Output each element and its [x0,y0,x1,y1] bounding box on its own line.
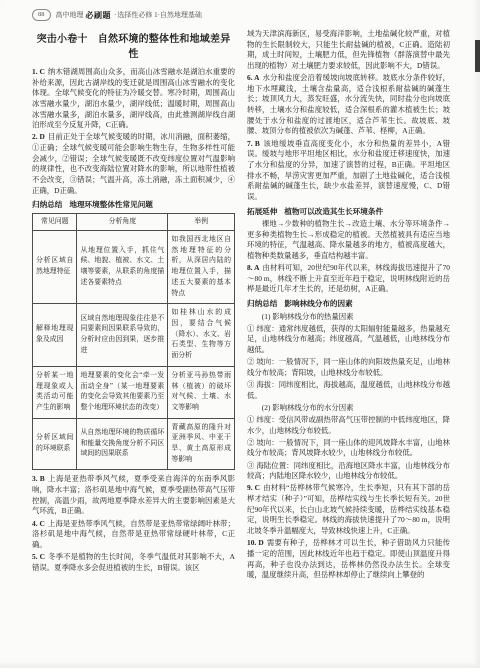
table-cell: 分析某一地理现象或人类活动可能产生的影响 [33,366,77,418]
answer-item-1: 1. C纳木错湖周围高山众多，而高山冰雪融水是湖泊水重要的补给来源，因此古湖岸线… [32,67,235,131]
summary-title-1: 地理环境整体性常见问题 [69,200,153,209]
table-cell: 如桂林山水的成因，要结合气候（降水）、水文、岩石类型、生物等方面分析 [168,304,235,367]
table-cell: 从自然地理环境的物质循环和能量交换角度分析不同区域间的因果联系 [77,418,168,470]
table-header-cell: 常见问题 [33,214,77,231]
brand-logo: 必刷题 [86,10,112,21]
answer-number-4: 4. C [32,519,45,528]
page-title: 突击小卷十 自然环境的整体性和地域差异性 [32,30,235,60]
table-cell: 解释地理现象及成因 [33,304,77,367]
answer-item-3: 3. B上海是亚热带季风气候，夏季受来自海洋的东南季风影响，降水丰富；洛杉矶是地… [32,474,235,517]
table-cell: 分析区域间的环境联系 [33,418,77,470]
answer-number-7: 7. B [247,139,260,148]
table-cell: 区域自然地理现象往往是不同要素间因果联系导致的，分析时应由因到果，逐步推进 [77,304,168,367]
header-subject: 高中地理 [56,10,84,20]
answer-text-3: 上海是亚热带季风气候，夏季受来自海洋的东南季风影响，降水丰富；洛杉矶是地中海气候… [32,474,235,515]
answer-number-9: 9. C [247,483,260,492]
heat-factors-subtitle: (1) 影响林线分布的热量因素 [247,312,450,323]
answer-text-4: 上海是亚热带季风气候，自然带是亚热带常绿阔叶林带；洛杉矶是地中海气候，自然带是亚… [32,519,235,549]
answer-text-9: 由材料“岳桦林带气候寒冷，生长季短，只有其下部的岳桦才结实（种子）”可知，岳桦结… [247,483,450,535]
answer-item-5-continuation: 域为天津滨海新区，易受海洋影响，土地盐碱化较严重，对植物的生长限制较大，只能生长… [247,29,450,72]
answer-number-1: 1. C [32,67,45,76]
heat-factor-aspect: ② 坡向：一般情况下，同一座山体的向阳坡热量充足，山地林线分布较高；背阳坡，山地… [247,357,450,378]
answer-text-5: 冬季不是植物的生长时间，冬季气温低对其影响不大，A错误。夏季降水多会促进植被的生… [32,552,235,572]
two-column-layout: 突击小卷十 自然环境的整体性和地域差异性 1. C纳木错湖周围高山众多，而高山冰… [32,29,454,582]
answer-number-6: 6. A [247,73,259,82]
extension-title: 植物可以改造其生长环境条件 [284,207,383,216]
answer-text-7: 该地缓坡垂直高度变化小，水分和热量的差异小，A错误。缓坡与地形平坦地区相比，水分… [247,139,450,201]
table-row: 分析区域自然地理特征 从地理位置入手，抓住气候、地貌、植被、水文、土壤等要素，从… [33,231,235,304]
table-header-cell: 分析角度 [77,214,168,231]
summary-heading-1: 归纳总结地理环境整体性常见问题 [32,199,235,210]
answer-item-2: 2. D目前正处于全球气候变暖的时期，冰川消融，面积萎缩，①正确；全球气候变暖可… [32,132,235,196]
answer-item-5: 5. C冬季不是植物的生长时间，冬季气温低对其影响不大，A错误。夏季降水多会促进… [32,552,235,573]
answer-text-8: 由材料可知，20世纪90年代以来，林线海拔迅速提升了70～80 m，林线不断上升… [247,263,450,293]
answer-item-10: 10. D需要有种子，岳桦林才可以生长，种子借助风力只能传播一定的范围，因此林线… [247,538,450,581]
answer-text-1: 纳木错湖周围高山众多，而高山冰雪融水是湖泊水重要的补给来源，因此古湖岸线的变迁就… [32,67,235,129]
water-factors-subtitle: (2) 影响林线分布的水分因素 [247,403,450,414]
table-cell: 分析亚马孙热带雨林（植被）的破坏对气候、土壤、水文等影响 [168,366,235,418]
table-row: 分析某一地理现象或人类活动可能产生的影响 地理要素的变化会“牵一发而动全身”（某… [33,366,235,418]
water-factor-latitude: ① 纬度：受信风带或副热带高气压带控制的中低纬度地区，降水少，山地林线分布较低。 [247,415,450,436]
page-header: 88 高中地理 必刷题 · 选择性必修 1·自然地理基础 [32,9,454,21]
table-cell: 地理要素的变化会“牵一发而动全身”（某一地理要素的变化会导致其他要素乃至整个地理… [77,366,168,418]
table-header-row: 常见问题 分析角度 举例 [33,214,235,231]
book-page: 88 高中地理 必刷题 · 选择性必修 1·自然地理基础 突击小卷十 自然环境的… [0,0,480,668]
summary-title-2: 影响林线分布的因素 [284,299,352,308]
page-number-badge: 88 [32,9,51,21]
summary-tag-2: 归纳总结 [247,299,277,308]
table-cell: 如我国西北地区自然地理特征的分析，从深居内陆的地理位置入手，描述五大要素的基本特… [168,231,235,304]
summary-table: 常见问题 分析角度 举例 分析区域自然地理特征 从地理位置入手，抓住气候、地貌、… [32,213,235,470]
table-header-cell: 举例 [168,214,235,231]
answer-item-8: 8. A由材料可知，20世纪90年代以来，林线海拔迅速提升了70～80 m，林线… [247,263,450,295]
answer-number-8: 8. A [247,263,259,272]
table-cell: 分析区域自然地理特征 [33,231,77,304]
water-factor-position: ③ 海陆位置：同纬度相比，沿海地区降水丰富，山地林线分布较高；内陆地区降水较少，… [247,461,450,482]
answer-number-5: 5. C [32,552,45,561]
answer-item-4: 4. C上海是亚热带季风气候，自然带是亚热带常绿阔叶林带；洛杉矶是地中海气候，自… [32,519,235,551]
summary-heading-2: 归纳总结影响林线分布的因素 [247,298,450,309]
extension-heading: 拓展延伸植物可以改造其生长环境条件 [247,206,450,217]
answer-item-7: 7. B该地缓坡垂直高度变化小，水分和热量的差异小，A错误。缓坡与地形平坦地区相… [247,139,450,203]
water-factor-aspect: ② 坡向：一般情况下，同一座山体的迎风坡降水丰富，山地林线分布较高；背风坡降水较… [247,438,450,459]
table-row: 分析区域间的环境联系 从自然地理环境的物质循环和能量交换角度分析不同区域间的因果… [33,418,235,470]
header-separator: · [114,11,116,19]
answer-text-6: 水分和盐度会沿着缓坡向坡底转移。坡底水分条件较好，地下水埋藏浅，土壤含盐量高，适… [247,73,450,135]
extension-text: 裸地→少数种的植物生长→改造土壤、水分等环境条件→更多种类植物生长→形成稳定的植… [247,219,450,262]
page-edge-tab [475,40,480,72]
extension-tag: 拓展延伸 [247,207,277,216]
answer-item-9: 9. C由材料“岳桦林带气候寒冷，生长季短，只有其下部的岳桦才结实（种子）”可知… [247,483,450,536]
heat-factor-altitude: ③ 海拔：同纬度相比，海拔越高，温度越低，山地林线分布越低。 [247,380,450,401]
answer-item-6: 6. A水分和盐度会沿着缓坡向坡底转移。坡底水分条件较好，地下水埋藏浅，土壤含盐… [247,73,450,137]
header-course: 选择性必修 1·自然地理基础 [117,10,202,20]
table-row: 解释地理现象及成因 区域自然地理现象往往是不同要素间因果联系导致的，分析时应由因… [33,304,235,367]
heat-factor-latitude: ① 纬度：通常纬度越低，获得的太阳辐射能量越多，热量越充足，山地林线分布越高；纬… [247,324,450,356]
table-cell: 青藏高原的隆升对亚洲季风、中亚干旱、黄土高原形成等影响 [168,418,235,470]
answer-number-2: 2. D [32,132,45,141]
right-column: 域为天津滨海新区，易受海洋影响，土地盐碱化较严重，对植物的生长限制较大，只能生长… [247,29,450,582]
answer-number-3: 3. B [32,474,45,483]
answer-text-10: 需要有种子，岳桦林才可以生长，种子借助风力只能传播一定的范围，因此林线近年也趋于… [247,538,450,579]
summary-tag-1: 归纳总结 [32,200,62,209]
header-course-info: 高中地理 必刷题 · 选择性必修 1·自然地理基础 [56,10,202,21]
table-cell: 从地理位置入手，抓住气候、地貌、植被、水文、土壤等要素，从联系的角度描述各要素特… [77,231,168,304]
left-column: 突击小卷十 自然环境的整体性和地域差异性 1. C纳木错湖周围高山众多，而高山冰… [32,29,235,582]
answer-number-10: 10. D [247,538,264,547]
answer-text-2: 目前正处于全球气候变暖的时期，冰川消融，面积萎缩，①正确；全球气候变暖可能会影响… [32,132,235,194]
